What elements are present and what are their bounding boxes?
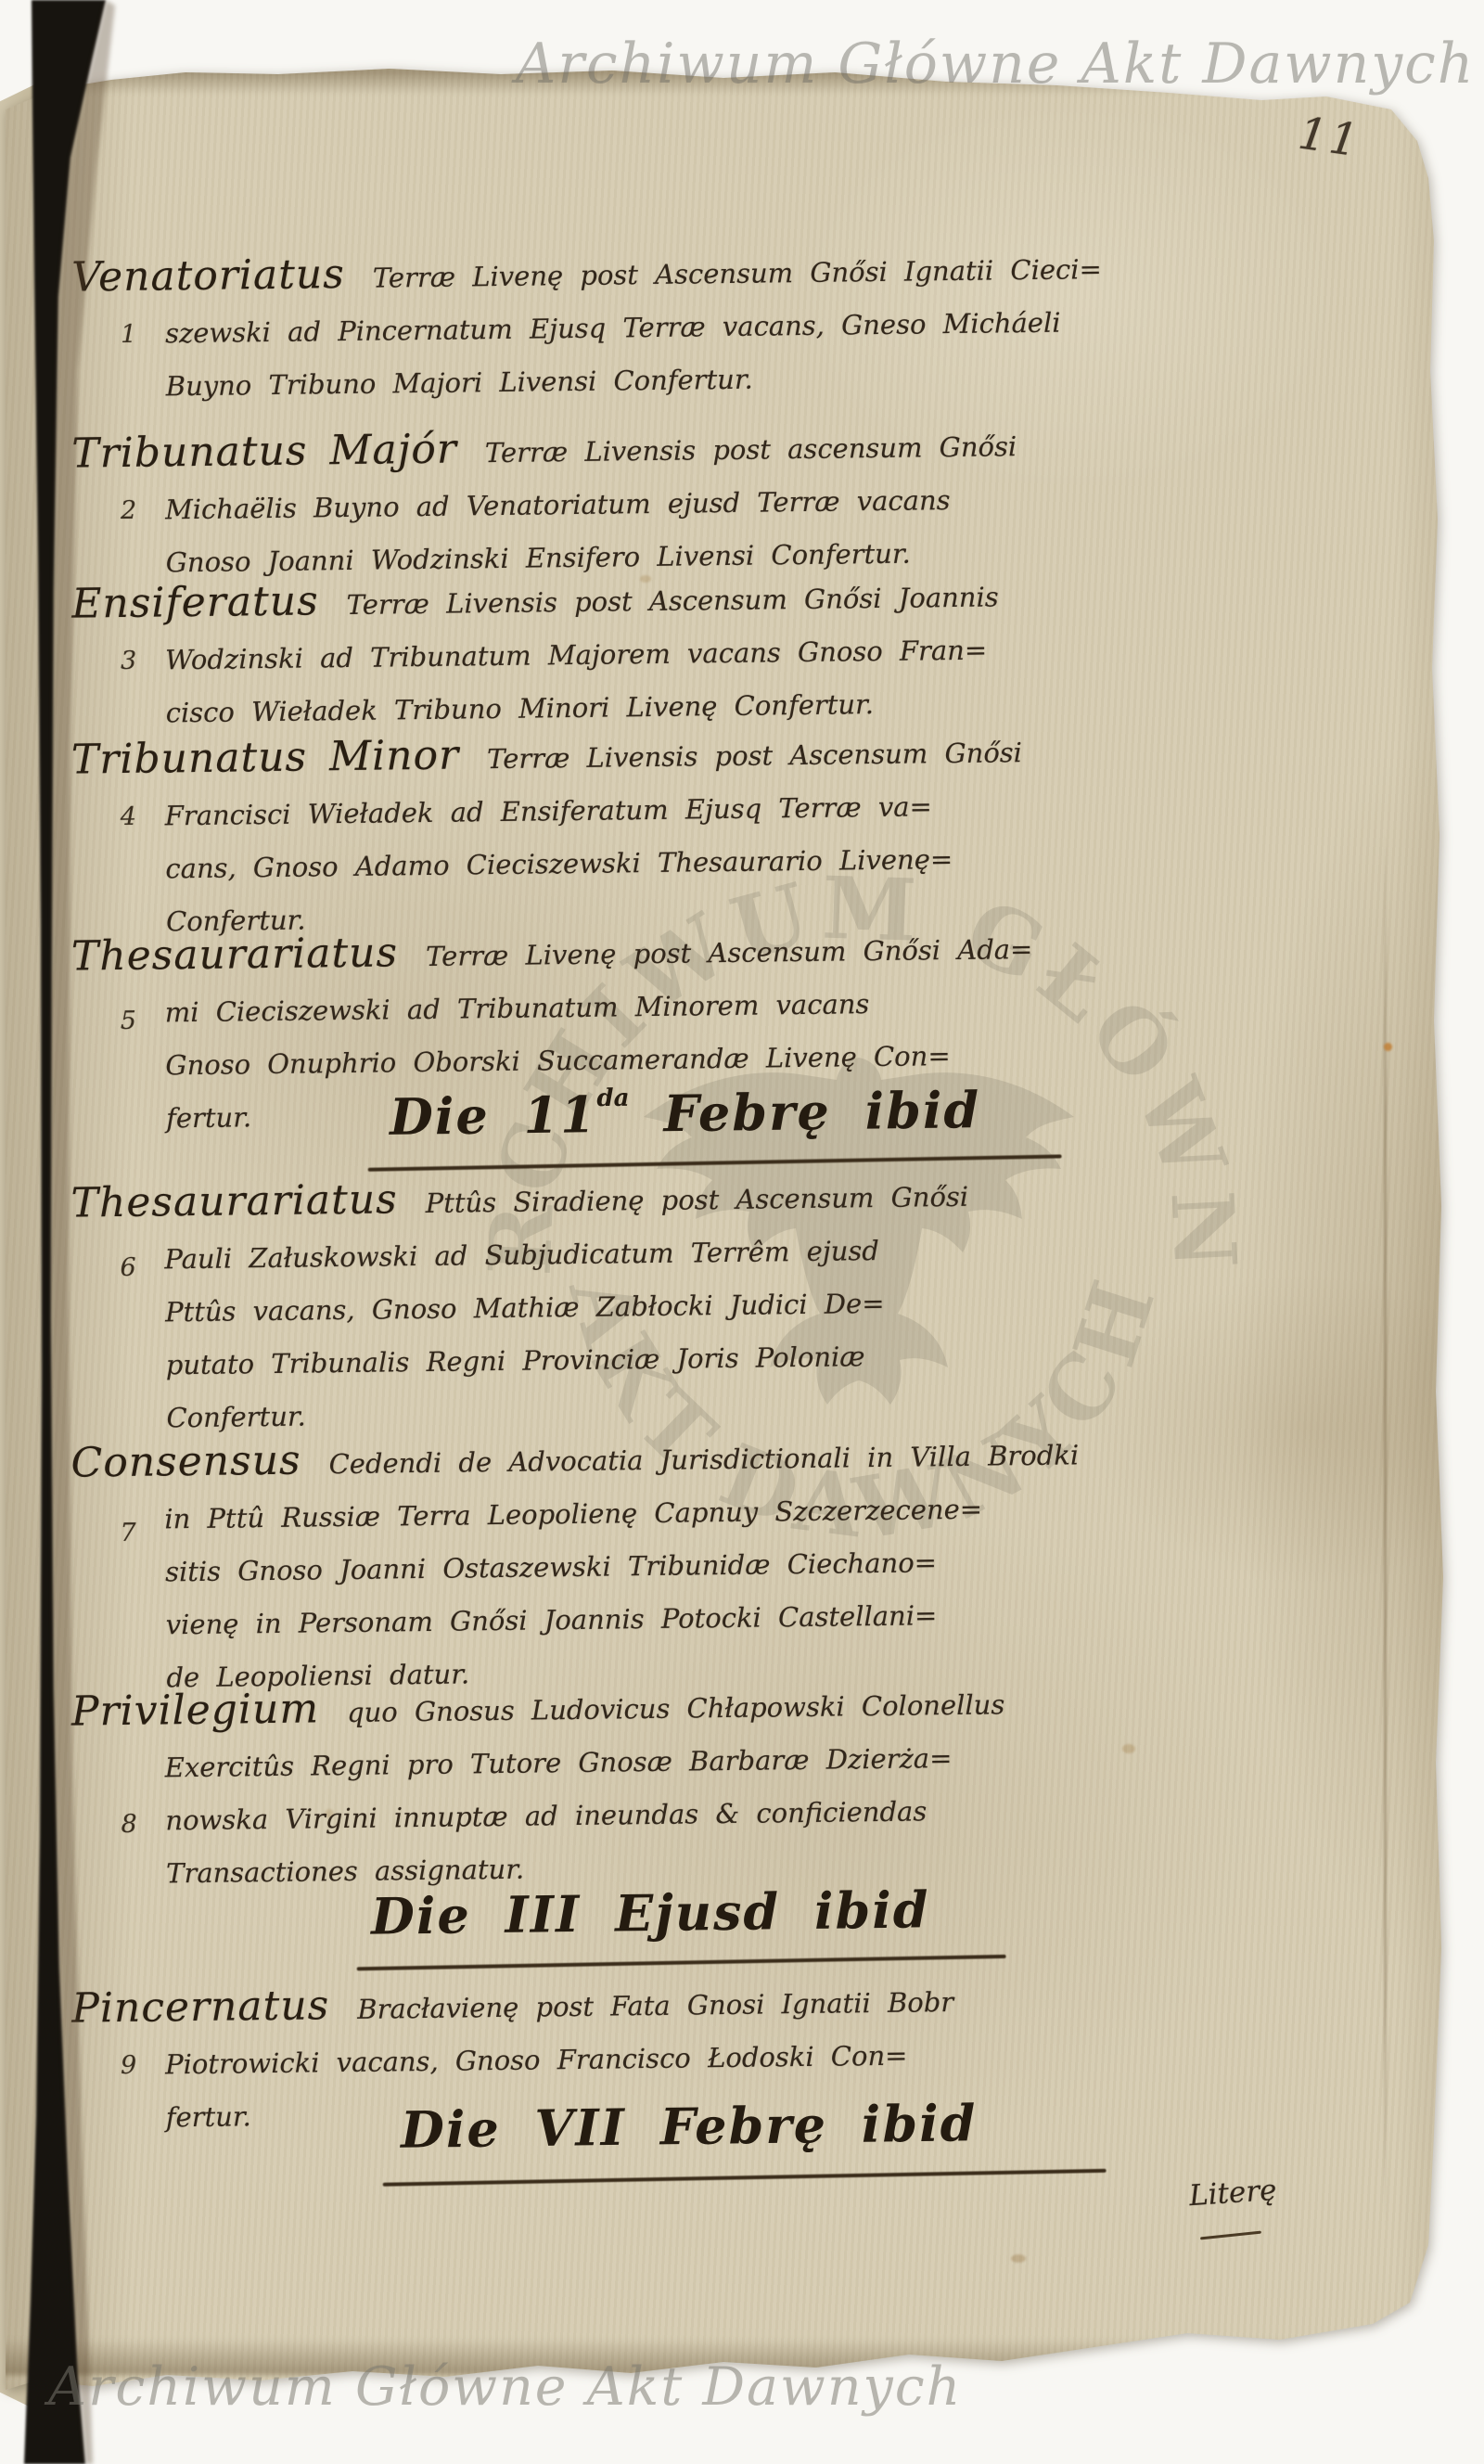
manuscript-scan: ARCHIWUM GŁÓWNE ✶ AKT DAWNYCH ✶ 11 1 Ven…: [0, 0, 1484, 2464]
entry-number: 3: [121, 635, 137, 687]
manuscript-entry: 4 Tribunatus MinorTerræ Livensis post As…: [71, 717, 1382, 949]
date-heading: Die 11da Febrę ibid: [390, 1080, 981, 1147]
catchword: Literę: [1188, 2174, 1278, 2214]
entry-number: 2: [121, 484, 137, 537]
manuscript-entry: 3 EnsiferatusTerræ Livensis post Ascensu…: [71, 561, 1381, 740]
paper-wrap: ARCHIWUM GŁÓWNE ✶ AKT DAWNYCH ✶ 11 1 Ven…: [0, 0, 1484, 2464]
entry-number: 8: [121, 1798, 137, 1851]
heading-underline: [357, 1955, 1006, 1970]
manuscript-page: ARCHIWUM GŁÓWNE ✶ AKT DAWNYCH ✶ 11 1 Ven…: [0, 0, 1484, 2464]
entry-heading: Tribunatus Minor: [71, 732, 460, 784]
manuscript-entry: 7 ConsensusCedendi de Advocatia Jurisdic…: [70, 1420, 1381, 1705]
paper-stain: [1011, 2254, 1026, 2263]
ink-stain: [1384, 1043, 1392, 1051]
entry-number: 9: [121, 2039, 137, 2092]
page-number: 11: [1295, 108, 1363, 168]
manuscript-entry: 8 Privilegiumquo Gnosus Ludovicus Chłapo…: [71, 1669, 1382, 1901]
date-heading: Die VII Febrę ibid: [401, 2093, 978, 2160]
binding-gutter: [0, 0, 121, 2464]
manuscript-entry: 6 ThesaurariatusPttûs Siradienę post Asc…: [70, 1161, 1381, 1445]
watermark-bottom: Archiwum Główne Akt Dawnych: [48, 2356, 962, 2418]
entry-number: 4: [120, 790, 136, 843]
catchword-underline: [1200, 2231, 1261, 2240]
superscript: da: [596, 1084, 629, 1112]
manuscript-entry: 1 VenatoriatusTerræ Livenę post Ascensum…: [71, 235, 1381, 414]
entry-number: 5: [120, 995, 136, 1047]
entry-heading: Tribunatus Majór: [71, 426, 457, 478]
entry-number: 1: [121, 308, 137, 361]
date-heading: Die III Ejusd ibid: [371, 1880, 930, 1945]
entry-number: 6: [120, 1241, 136, 1294]
watermark-top: Archiwum Główne Akt Dawnych: [516, 32, 1475, 96]
heading-underline: [383, 2169, 1107, 2187]
entry-number: 7: [120, 1507, 136, 1559]
